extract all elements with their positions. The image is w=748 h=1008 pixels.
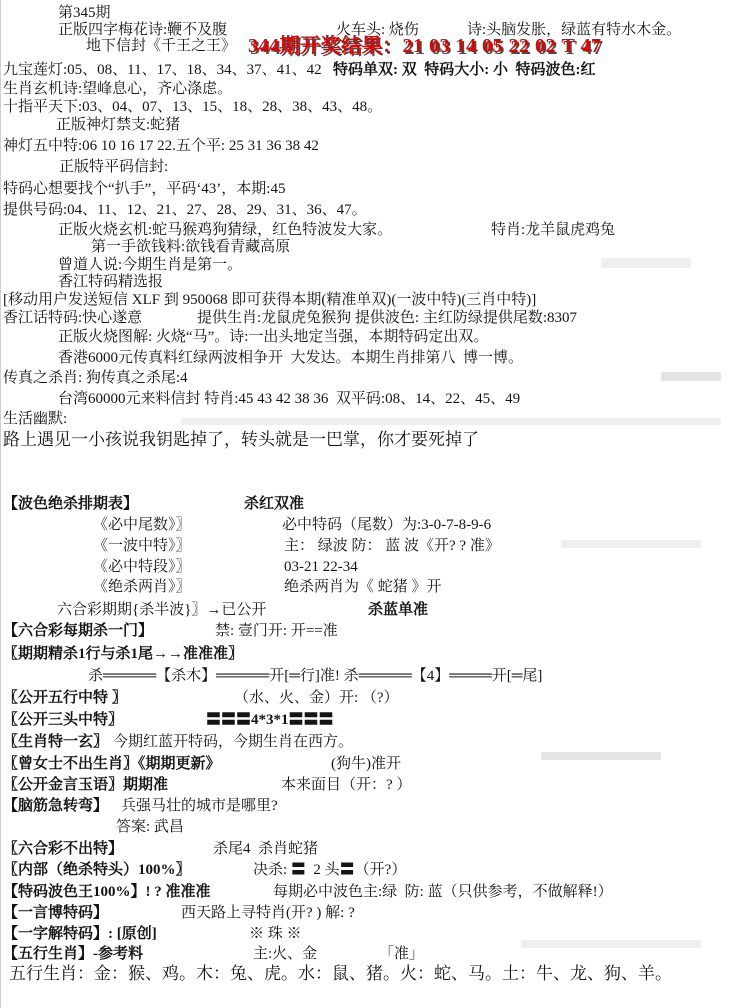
brain-teaser-row: 【脑筋急转弯】兵强马壮的城市是哪里? (1, 796, 748, 817)
text-segment: 必中特码（尾数）为:3-0-7-8-9-6 (282, 515, 491, 536)
text-segment: 《必中尾数》〗 (93, 515, 191, 536)
provided-numbers: 提供号码:04、11、12、21、27、28、29、31、36、47。 (1, 200, 748, 221)
hk-fax-line: 香港6000元传真料红绿两波相争开 大发达。本期生肖排第八 博一博。 (1, 348, 748, 369)
text-segment: 〖公开三头中特〗 (3, 710, 123, 731)
text-segment: 地下信封《千王之王》 (86, 36, 236, 57)
text-segment: 杀═════【杀木】═════开[═行]准! 杀═════【4】════开[═尾… (88, 666, 542, 687)
text-segment: 生活幽默: (3, 409, 67, 430)
text-segment: 决杀: 〓 2 头〓（开?） (253, 860, 406, 881)
lottery-tip-sheet: 第345期正版四字梅花诗:鞭不及腹火车头: 烧伤诗:头脑发胀，绿蓝有特水木金。地… (0, 0, 748, 1008)
text-segment: 杀尾4 杀肖蛇猪 (213, 839, 318, 860)
text-segment: ※ 珠 ※ (249, 924, 302, 945)
text-segment: 传真之杀肖: 狗传真之杀尾:4 (3, 368, 188, 389)
three-heads-row: 〖公开三头中特〗〓〓〓4*3*1〓〓〓 (1, 710, 748, 731)
humor-text: 路上遇见一小孩说我钥匙掉了，转头就是一巴掌，你才要死掉了 (1, 429, 748, 450)
text-segment: 香江话特码:快心遂意 (3, 308, 142, 329)
golden-words-row: 〖公开金言玉语〗期期准本来面目（开：? ） (1, 775, 748, 796)
text-segment: 《绝杀两肖》〗 (93, 577, 191, 598)
lamp-forbidden-line: 正版神灯禁支:蛇猪 (1, 115, 748, 136)
not-out-special-row: 〖六合彩不出特】杀尾4 杀肖蛇猪 (1, 839, 748, 860)
fire-diagram-line: 正版火烧图解: 火烧“马”。诗:一出头地定当强，本期特码定出双。 (1, 327, 748, 348)
text-segment: 【六合彩每期杀一门】 (3, 621, 153, 642)
text-segment: 路上遇见一小孩说我钥匙掉了，转头就是一巴掌，你才要死掉了 (3, 429, 479, 450)
text-segment: 【一字解特码】: [原创] (3, 924, 157, 945)
text-segment: 台湾60000元来料信封 特肖:45 43 42 38 36 双平码:08、14… (58, 389, 520, 410)
kill-two-zodiac-row: 《绝杀两肖》〗绝杀两肖为《 蛇猪 》开 (1, 577, 748, 598)
text-segment: 西天路上寻特肖(开? ) 解: ? (181, 903, 355, 924)
text-segment: 【特码波色王100%】! ? 准准准 (3, 882, 211, 903)
text-segment: 本来面目（开：? ） (281, 775, 411, 796)
five-element-zodiac-table: 五行生肖：金：猴、鸡。木：兔、虎。水：鼠、猪。火：蛇、马。土：牛、龙、狗、羊。 (1, 963, 748, 984)
text-segment: 【一言博特码】 (3, 903, 108, 924)
text-segment: 正版火烧图解: 火烧“马”。诗:一出头地定当强，本期特码定出双。 (58, 327, 488, 348)
half-wave-row: 六合彩期期{杀半波}〗→已公开杀蓝单准 (1, 600, 748, 621)
text-segment: 《必中特段》〗 (93, 557, 191, 578)
text-segment: 特码心想要找个“扒手”，平码‘43’，本期:45 (3, 179, 285, 200)
one-char-row: 【一字解特码】: [原创]※ 珠 ※ (1, 924, 748, 945)
nine-lotus-lamp: 九宝莲灯:05、08、11、17、18、34、37、41、42特码单双: 双 特… (1, 60, 748, 81)
xiangjiang-special-line: 香江话特码:快心遂意提供生肖:龙鼠虎兔猴狗 提供波色: 主红防绿提供尾数:830… (1, 308, 748, 329)
text-segment: 《一波中特》〗 (93, 536, 191, 557)
text-segment: (狗牛)准开 (331, 754, 401, 775)
text-segment: 〖公开五行中特 〗 (3, 688, 127, 709)
text-segment: 香港6000元传真料红绿两波相争开 大发达。本期生肖排第八 博一博。 (58, 348, 523, 369)
text-segment: 今期红蓝开特码，今期生肖在西方。 (113, 732, 353, 753)
kill-row-tail-heading: 〖期期精杀1行与杀1尾→→准准准〗 (1, 644, 748, 665)
text-segment: 杀蓝单准 (368, 600, 428, 621)
text-segment: 五行生肖：金：猴、鸡。木：兔、虎。水：鼠、猪。火：蛇、马。土：牛、龙、狗、羊。 (9, 963, 672, 984)
text-segment: 答案: 武昌 (116, 817, 184, 838)
text-segment: 〖公开金言玉语〗期期准 (3, 775, 168, 796)
humor-heading: 生活幽默: (1, 409, 748, 430)
one-sentence-row: 【一言博特码】西天路上寻特肖(开? ) 解: ? (1, 903, 748, 924)
text-segment: 兵强马壮的城市是哪里? (121, 796, 278, 817)
kill-wood-line: 杀═════【杀木】═════开[═行]准! 杀═════【4】════开[═尾… (1, 666, 748, 687)
text-segment: 〖曾女士不出生肖〗《期期更新》 (3, 754, 221, 775)
text-segment: 〖生肖特一玄〗 (3, 732, 108, 753)
text-segment: 正版神灯禁支:蛇猪 (56, 115, 180, 136)
text-segment: 每期必中波色主:绿 防: 蓝（只供参考，不做解释!） (273, 882, 613, 903)
one-wave-row: 《一波中特》〗主： 绿波 防： 蓝 波《开? ? 准》 (1, 536, 748, 557)
wave-kill-table-heading: 【波色绝杀排期表】杀红双准 (1, 494, 748, 515)
text-segment: 【五行生肖】-参考料 (3, 944, 143, 965)
text-segment: 【波色绝杀排期表】 (3, 494, 138, 515)
text-segment: 九宝莲灯:05、08、11、17、18、34、37、41、42 (3, 60, 322, 81)
text-segment: 主:火、金 (253, 944, 317, 965)
text-segment: 〖期期精杀1行与杀1尾→→准准准〗 (3, 644, 243, 665)
text-segment: 【脑筋急转弯】 (3, 796, 108, 817)
kill-one-gate-row: 【六合彩每期杀一门】禁: 壹门开: 开==准 (1, 621, 748, 642)
brain-teaser-answer: 答案: 武昌 (1, 817, 748, 838)
internal-kill-head-row: 〖内部（绝杀特头）100%〗决杀: 〓 2 头〓（开?） (1, 860, 748, 881)
taiwan-envelope-line: 台湾60000元来料信封 特肖:45 43 42 38 36 双平码:08、14… (1, 389, 748, 410)
text-segment: 提供号码:04、11、12、21、27、28、29、31、36、47。 (3, 200, 367, 221)
text-segment: 〖内部（绝杀特头）100%〗 (3, 860, 191, 881)
text-segment: 绝杀两肖为《 蛇猪 》开 (284, 577, 442, 598)
text-segment: 禁: 壹门开: 开==准 (215, 621, 338, 642)
must-hit-segment-row: 《必中特段》〗03-21 22-34 (1, 557, 748, 578)
text-segment: 「准」 (379, 944, 424, 965)
envelope-heading: 正版特平码信封: (1, 157, 748, 178)
madam-zeng-row: 〖曾女士不出生肖〗《期期更新》(狗牛)准开 (1, 754, 748, 775)
text-segment: 杀红双准 (244, 494, 304, 515)
must-hit-tail-row: 《必中尾数》〗必中特码（尾数）为:3-0-7-8-9-6 (1, 515, 748, 536)
text-segment: （水、火、金）开: （?） (234, 688, 399, 709)
fax-kill-line: 传真之杀肖: 狗传真之杀尾:4 (1, 368, 748, 389)
draw-result: 344期开奖结果：21 03 14 05 22 02 T 47 (248, 36, 601, 57)
five-element-zodiac-row: 【五行生肖】-参考料主:火、金「准」 (1, 944, 748, 965)
text-segment: 特码单双: 双 特码大小: 小 特码波色:红 (333, 60, 596, 81)
wave-color-king-row: 【特码波色王100%】! ? 准准准每期必中波色主:绿 防: 蓝（只供参考，不做… (1, 882, 748, 903)
text-segment: 〓〓〓4*3*1〓〓〓 (206, 710, 334, 731)
text-segment: 03-21 22-34 (284, 557, 358, 578)
lamp-five-special: 神灯五中特:06 10 16 17 22.五个平: 25 31 36 38 42 (1, 136, 748, 157)
zodiac-mystery-row: 〖生肖特一玄〗今期红蓝开特码，今期生肖在西方。 (1, 732, 748, 753)
draw-result-banner: 地下信封《千王之王》344期开奖结果：21 03 14 05 22 02 T 4… (1, 36, 748, 57)
text-segment: 〖六合彩不出特】 (3, 839, 123, 860)
text-segment: 正版特平码信封: (59, 157, 168, 178)
text-segment: 六合彩期期{杀半波}〗→已公开 (57, 600, 266, 621)
text-segment: 主： 绿波 防： 蓝 波《开? ? 准》 (284, 536, 500, 557)
text-segment: 神灯五中特:06 10 16 17 22.五个平: 25 31 36 38 42 (3, 136, 319, 157)
five-elements-row: 〖公开五行中特 〗（水、火、金）开: （?） (1, 688, 748, 709)
text-segment: 提供生肖:龙鼠虎兔猴狗 提供波色: 主红防绿提供尾数:8307 (197, 308, 577, 329)
special-code-hint: 特码心想要找个“扒手”，平码‘43’，本期:45 (1, 179, 748, 200)
